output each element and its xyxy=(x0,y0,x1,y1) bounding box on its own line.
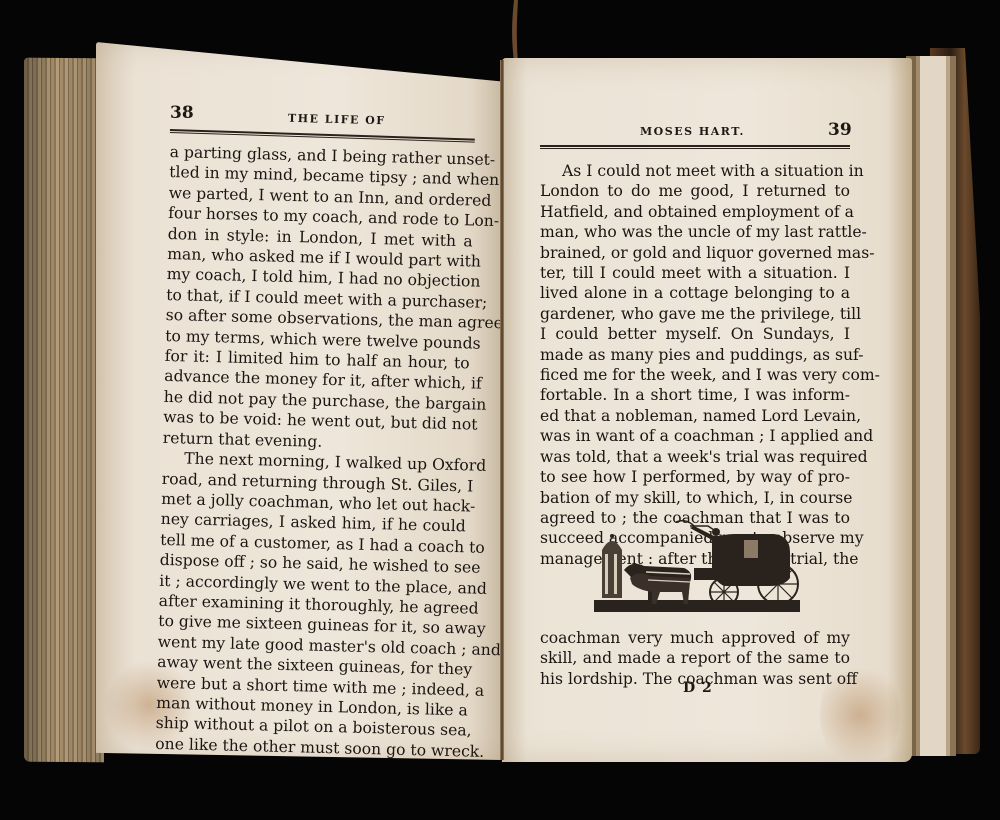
text-line: London to do me good, I returned to xyxy=(540,181,850,201)
text-line: made as many pies and puddings, as suf- xyxy=(540,345,850,365)
text-line: I could better myself. On Sundays, I xyxy=(540,324,850,344)
text-line: gardener, who gave me the privilege, til… xyxy=(540,304,850,324)
right-page-text: As I could not meet with a situation in … xyxy=(540,161,850,569)
text-line: ficed me for the week, and I was very co… xyxy=(540,365,850,385)
left-edge-shadow xyxy=(24,58,104,762)
text-line: was told, that a week's trial was requir… xyxy=(540,447,850,467)
book-gutter xyxy=(500,60,504,760)
text-line: was in want of a coachman ; I applied an… xyxy=(540,426,850,446)
right-page-edges xyxy=(906,56,956,756)
text-line: skill, and made a report of the same to xyxy=(540,648,850,668)
right-header-rule xyxy=(540,145,850,149)
text-line: bation of my skill, to which, I, in cour… xyxy=(540,488,850,508)
text-line: ed that a nobleman, named Lord Levain, xyxy=(540,406,850,426)
text-line: coachman very much approved of my xyxy=(540,628,850,648)
photo-scene: 38 THE LIFE OF a parting glass, and I be… xyxy=(0,0,1000,820)
left-page-number: 38 xyxy=(170,103,194,123)
right-running-head: MOSES HART. xyxy=(640,125,745,138)
bookmark-ribbon xyxy=(508,0,522,62)
text-line: ter, till I could meet with a situation.… xyxy=(540,263,850,283)
woodcut-coach-illustration xyxy=(594,520,800,615)
text-line: man, who was the uncle of my last rattle… xyxy=(540,222,850,242)
signature-mark: D 2 xyxy=(683,680,713,696)
text-line: As I could not meet with a situation in xyxy=(540,161,850,181)
text-line: lived alone in a cottage belonging to a xyxy=(540,283,850,303)
text-line: to see how I performed, by way of pro- xyxy=(540,467,850,487)
text-line: Hatfield, and obtained employment of a xyxy=(540,202,850,222)
left-page-text: a parting glass, and I being rather unse… xyxy=(155,142,475,761)
right-page-number: 39 xyxy=(828,120,852,140)
left-running-head: THE LIFE OF xyxy=(288,112,386,127)
text-line: fortable. In a short time, I was inform- xyxy=(540,385,850,405)
text-line: brained, or gold and liquor governed mas… xyxy=(540,243,850,263)
